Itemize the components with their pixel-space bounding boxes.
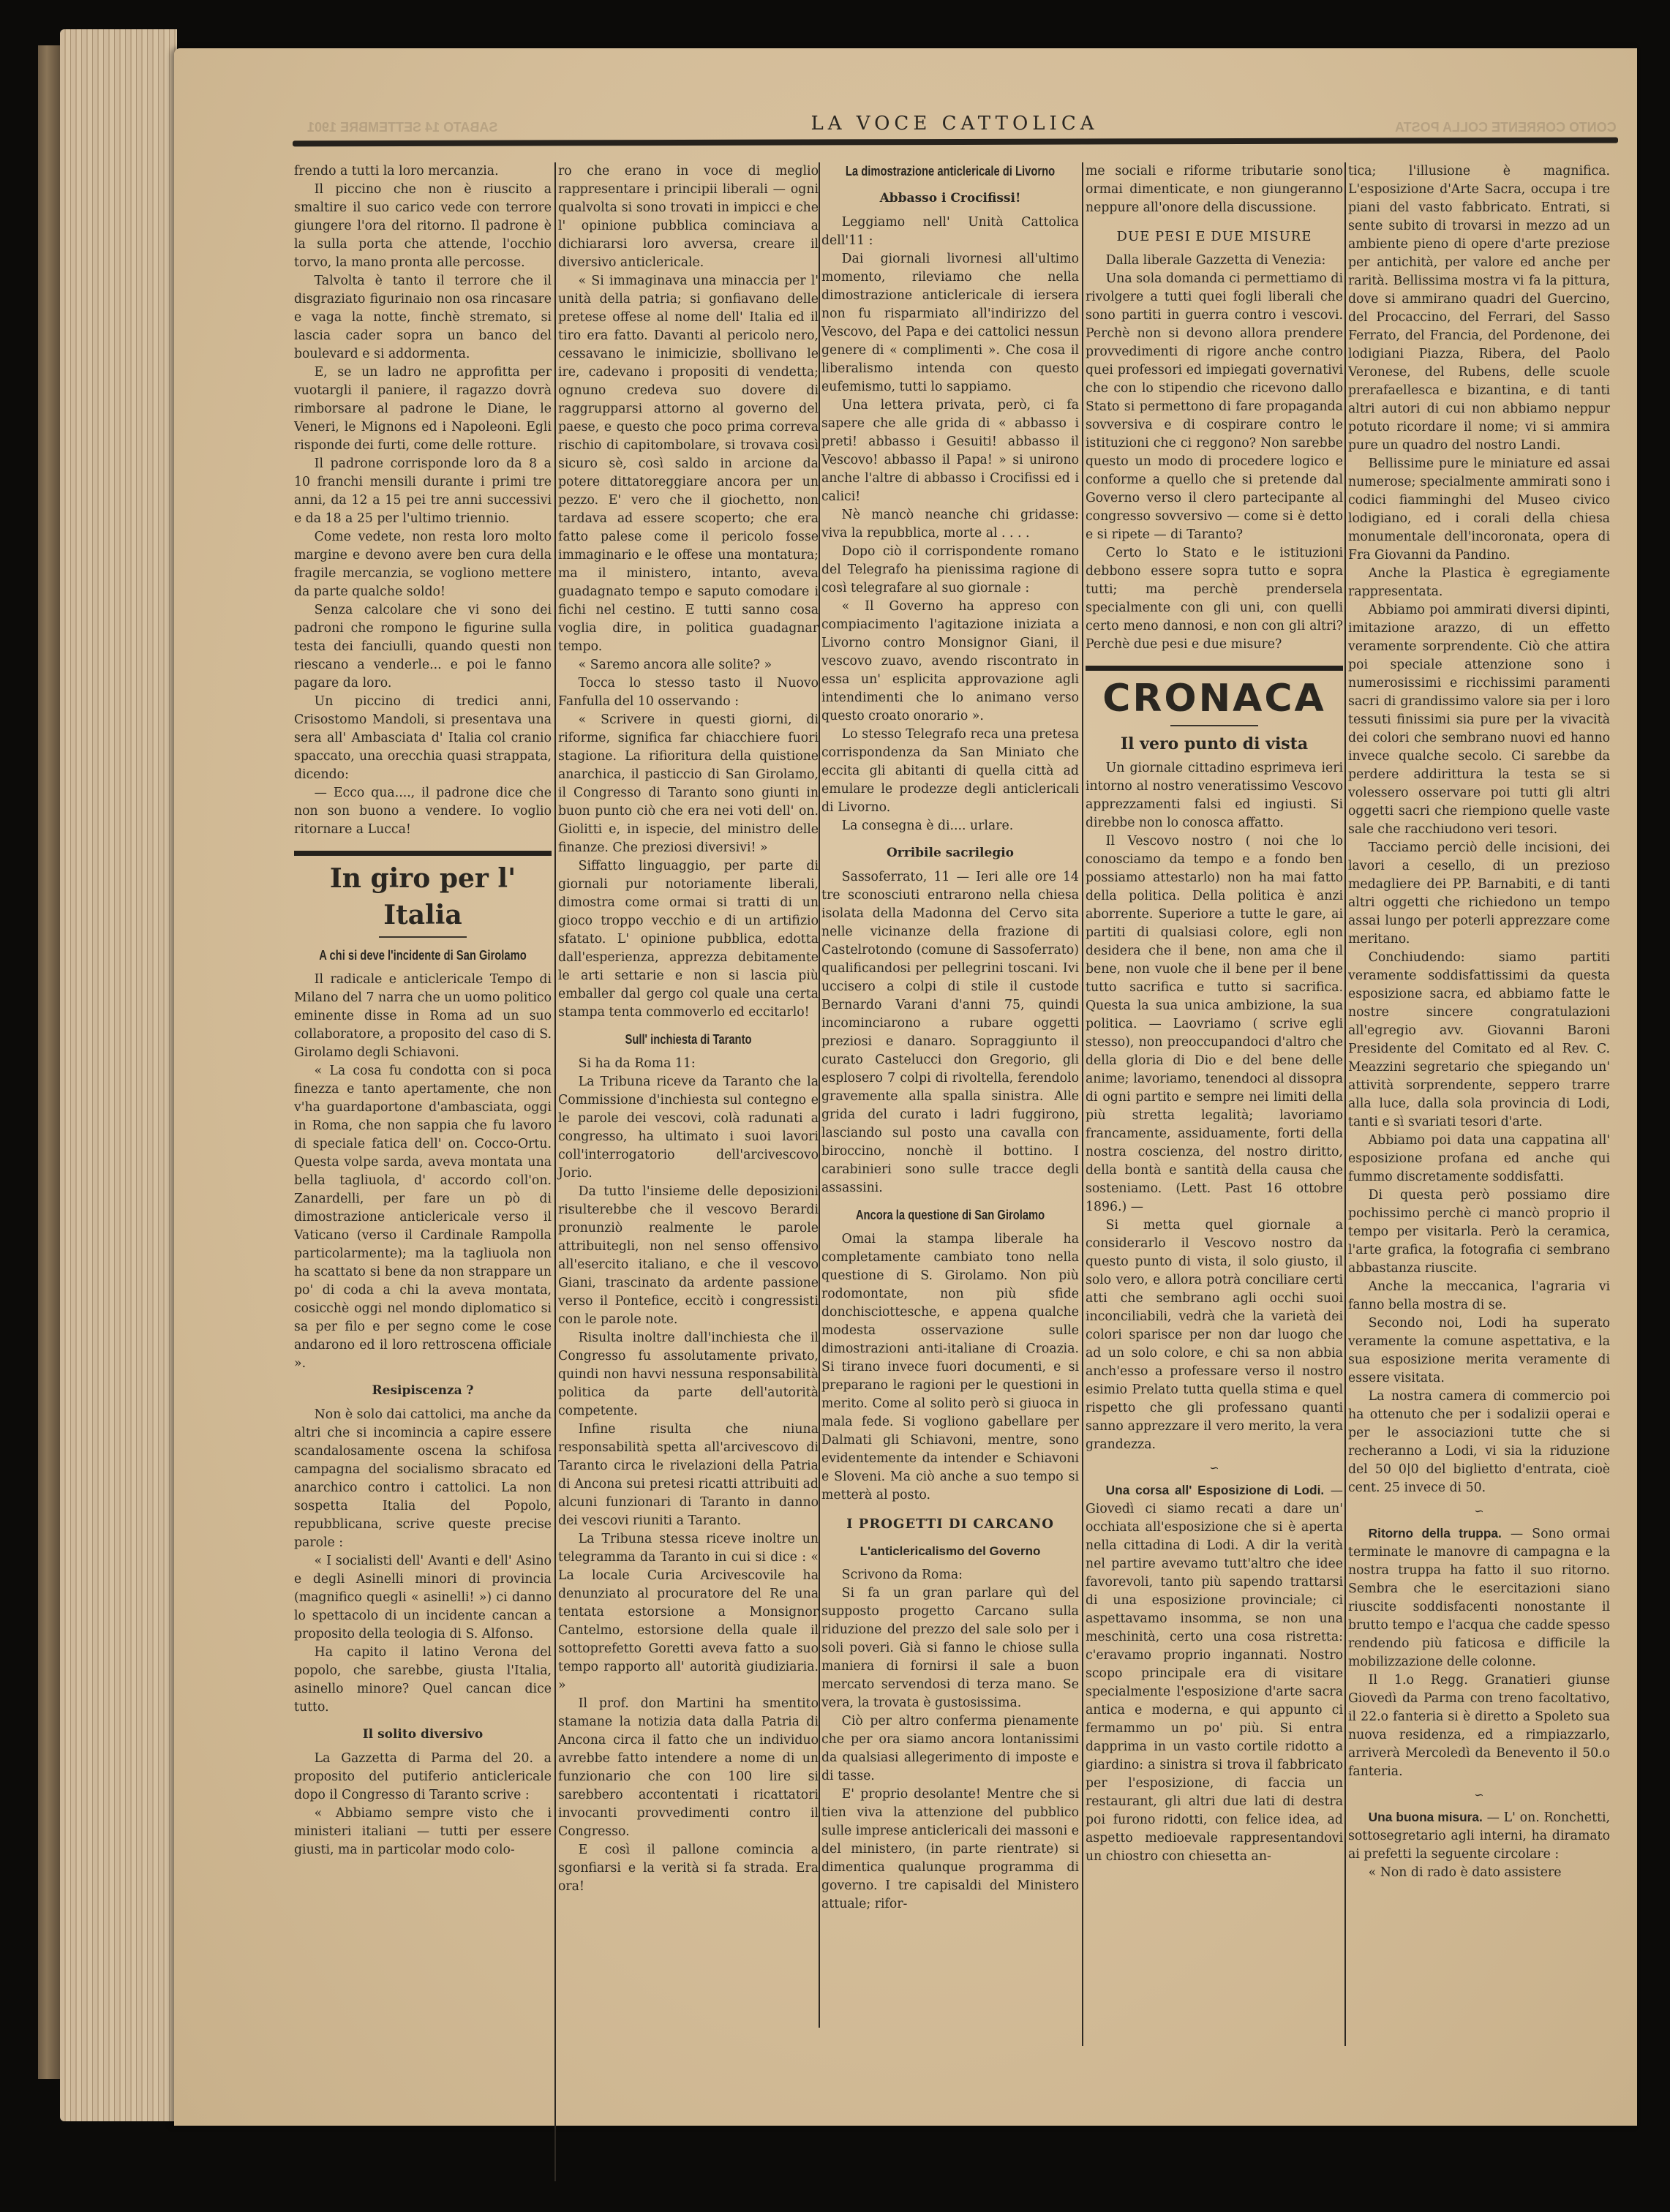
article-heading: Ancora la questione di San Girolamo [845,1206,1056,1224]
paragraph: Nè mancò neanche chi gridasse: viva la r… [821,506,1079,543]
paragraph: « Non di rado è dato assistere [1348,1864,1610,1882]
paragraph: Di questa però possiamo dire pochissimo … [1348,1186,1610,1278]
paragraph: Bellissime pure le miniature ed assai nu… [1348,455,1610,565]
paragraph: « Abbiamo sempre visto che i ministeri i… [294,1805,552,1859]
article-heading: Orribile sacrilegio [821,844,1079,862]
paragraph: Una sola domanda ci permettiamo di rivol… [1086,270,1343,544]
article-heading: Sull' inchiesta di Taranto [582,1031,795,1049]
paragraph: Si ha da Roma 11: [558,1055,819,1073]
paragraph: « Si immaginava una minaccia per l' unit… [558,272,819,656]
paragraph: Il radicale e anticlericale Tempo di Mil… [294,971,552,1062]
column-divider [1344,162,1346,2046]
paragraph: — Sono ormai terminate le manovre di cam… [1348,1527,1610,1669]
column-3: La dimostrazione anticlericale di Livorn… [821,162,1079,1914]
paragraph: Si fa un gran parlare quì del supposto p… [821,1584,1079,1712]
paragraph: La consegna è di.... urlare. [821,817,1079,835]
article-heading: DUE PESI E DUE MISURE [1086,227,1343,246]
paragraph: E' proprio desolante! Mentre che si tien… [821,1786,1079,1914]
article-heading: Resipiscenza ? [294,1382,552,1400]
article-heading: A chi si deve l'incidente di San Girolam… [317,947,529,965]
paragraph: Talvolta è tanto il terrore che il disgr… [294,272,552,364]
column-divider [554,162,556,2181]
column-2: ro che erano in voce di meglio rappresen… [558,162,819,1896]
paragraph: Secondo noi, Lodi ha superato veramente … [1348,1314,1610,1388]
paragraph: Leggiamo nell' Unità Cattolica dell'11 : [821,214,1079,250]
paragraph: Certo lo Stato e le istituzioni debbono … [1086,544,1343,654]
article-heading: Ritorno della truppa. [1369,1526,1502,1540]
paragraph: « Scrivere in questi giorni, di riforme,… [558,711,819,857]
paragraph: Senza calcolare che vi sono dei padroni … [294,601,552,693]
article-heading: La dimostrazione anticlericale di Livorn… [845,162,1056,181]
paragraph: Scrivono da Roma: [821,1566,1079,1584]
paragraph: La nostra camera di commercio poi ha ott… [1348,1388,1610,1497]
paragraph: E, se un ladro ne approfitta per vuotarg… [294,364,552,455]
paragraph: me sociali e riforme tributarie sono orm… [1086,162,1343,217]
paragraph: Un piccino di tredici anni, Crisostomo M… [294,693,552,784]
paragraph: Il Vescovo nostro ( noi che lo conosciam… [1086,832,1343,1216]
article-subheading: Abbasso i Crocifissi! [821,189,1079,208]
column-divider [1082,162,1083,2046]
section-title: In giro per l' Italia [294,860,552,933]
paragraph: Una lettera privata, però, ci fa sapere … [821,396,1079,506]
column-4: me sociali e riforme tributarie sono orm… [1086,162,1343,1866]
paragraph: tica; l'illusione è magnifica. L'esposiz… [1348,162,1610,455]
column-1: frendo a tutti la loro mercanzia. Il pic… [294,162,552,1859]
ornament-divider: ∽ [1086,1459,1343,1477]
paragraph: Si metta quel giornale a considerarlo il… [1086,1216,1343,1454]
page-stack-edge [60,29,177,2121]
article-heading: Una corsa all' Esposizione di Lodi. [1106,1483,1325,1497]
paragraph: Il piccino che non è riuscito a smaltire… [294,181,552,272]
paragraph: — Ecco qua...., il padrone dice che non … [294,784,552,839]
short-rule [1170,725,1258,726]
article-subheading: L'anticlericalismo del Governo [821,1542,1079,1560]
ornament-divider: ∽ [1348,1502,1610,1520]
paragraph: Conchiudendo: siamo partiti veramente so… [1348,949,1610,1132]
section-rule [294,851,552,856]
paragraph: ro che erano in voce di meglio rappresen… [558,162,819,272]
article-heading: Una buona misura. [1369,1810,1483,1824]
paragraph: — Giovedì ci siamo recati a dare un' occ… [1086,1483,1343,1864]
paragraph: Tacciamo perciò delle incisioni, dei lav… [1348,839,1610,949]
paragraph: E così il pallone comincia a sgonfiarsi … [558,1841,819,1896]
paragraph: Siffatto linguaggio, per parte di giorna… [558,857,819,1022]
article-heading: I PROGETTI DI CARCANO [821,1515,1079,1533]
section-title: CRONACA [1086,675,1343,722]
paragraph: Lo stesso Telegrafo reca una pretesa cor… [821,726,1079,817]
paragraph: Anche la meccanica, l'agraria vi fanno b… [1348,1278,1610,1314]
paragraph: Dopo ciò il corrispondente romano del Te… [821,543,1079,598]
paragraph: « I socialisti dell' Avanti e dell' Asin… [294,1552,552,1644]
paragraph: « Il Governo ha appreso con compiaciment… [821,598,1079,726]
section-rule [1086,666,1343,671]
article-heading: Il vero punto di vista [1086,735,1343,753]
paragraph: Anche la Plastica è egregiamente rappres… [1348,565,1610,601]
paragraph: « La cosa fu condotta con si poca finezz… [294,1062,552,1373]
paragraph: La Tribuna riceve da Taranto che la Comm… [558,1073,819,1183]
paragraph: Dai giornali livornesi all'ultimo moment… [821,250,1079,396]
paragraph: Infine risulta che niuna responsabilità … [558,1421,819,1530]
paragraph: frendo a tutti la loro mercanzia. [294,162,552,181]
paragraph: Abbiamo poi data una cappatina all' espo… [1348,1132,1610,1186]
article-heading: Il solito diversivo [294,1726,552,1744]
paragraph: Sassoferrato, 11 — Ieri alle ore 14 tre … [821,868,1079,1197]
paragraph: Il 1.o Regg. Granatieri giunse Giovedì d… [1348,1671,1610,1781]
paragraph: Tocca lo stesso tasto il Nuovo Fanfulla … [558,674,819,711]
column-divider [819,162,820,2028]
ornament-divider: ∽ [1348,1786,1610,1804]
paragraph: « Saremo ancora alle solite? » [558,656,819,674]
paragraph: Dalla liberale Gazzetta di Venezia: [1086,252,1343,270]
bleed-through-text-right: CONTO CORRENTE COLLA POSTA [1395,120,1617,135]
paragraph: La Tribuna stessa riceve inoltre un tele… [558,1530,819,1695]
paragraph: Non è solo dai cattolici, ma anche da al… [294,1406,552,1552]
paragraph: Un giornale cittadino esprimeva ieri int… [1086,759,1343,832]
paragraph: Da tutto l'insieme delle deposizioni ris… [558,1183,819,1329]
paragraph: Omai la stampa liberale ha completamente… [821,1230,1079,1505]
short-rule [379,936,467,938]
book-binding [38,45,60,2079]
paragraph: Come vedete, non resta loro molto margin… [294,528,552,601]
paragraph: Il prof. don Martini ha smentito stamane… [558,1695,819,1841]
column-5: tica; l'illusione è magnifica. L'esposiz… [1348,162,1610,1882]
paragraph: Risulta inoltre dall'inchiesta che il Co… [558,1329,819,1421]
paragraph: Abbiamo poi ammirati diversi dipinti, im… [1348,601,1610,839]
paragraph: La Gazzetta di Parma del 20. a proposito… [294,1750,552,1805]
paragraph: Ciò per altro conferma pienamente che pe… [821,1712,1079,1786]
paragraph: Ha capito il latino Verona del popolo, c… [294,1644,552,1717]
paragraph: Il padrone corrisponde loro da 8 a 10 fr… [294,455,552,528]
